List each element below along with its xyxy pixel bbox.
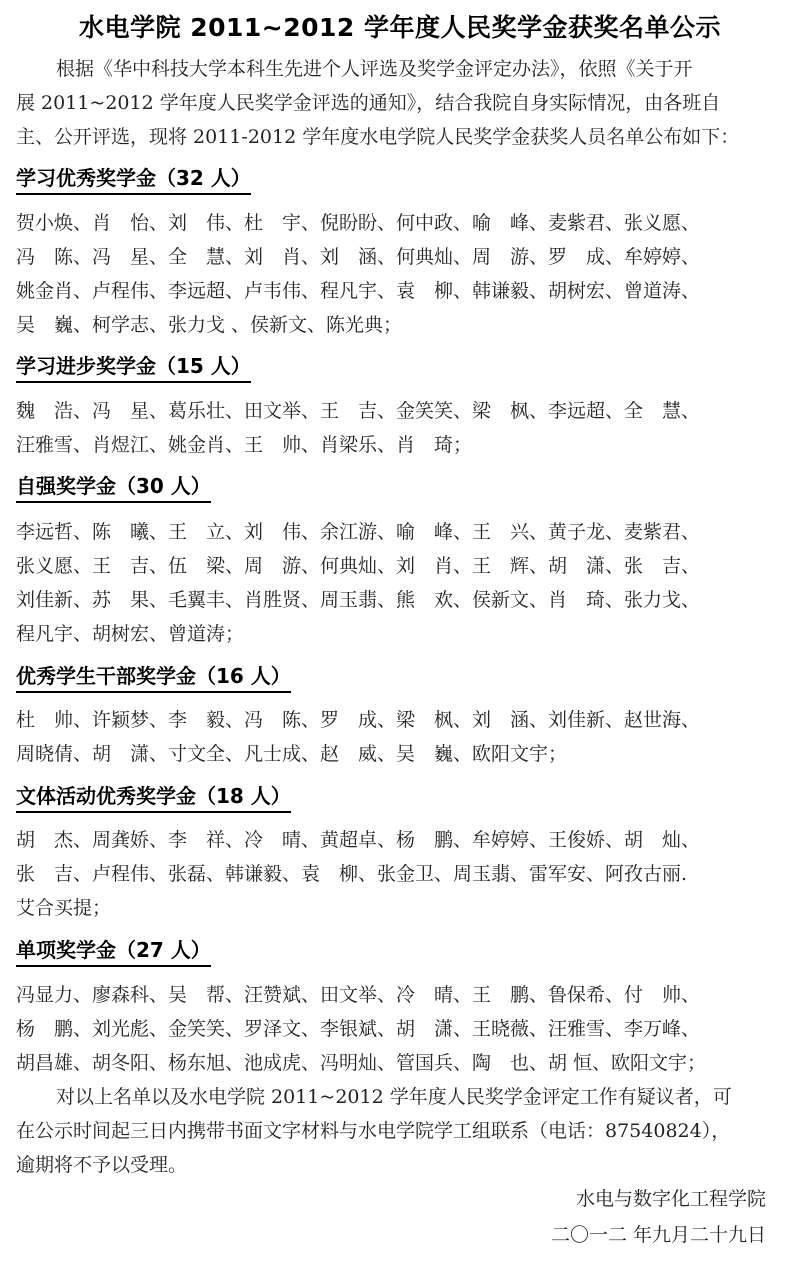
closing-line: 逾期将不予以受理。	[16, 1148, 786, 1182]
names-row: 周晓倩、胡 潇、寸文全、凡士成、赵 威、吴 巍、欧阳文宇；	[16, 737, 768, 771]
signature-date: 二〇一二 年九月二十九日	[551, 1218, 766, 1252]
section-heading-special-award: 单项奖学金（27 人）	[16, 936, 211, 967]
names-list-academic-excellence: 贺小焕、肖 怡、刘 伟、杜 宇、倪盼盼、何中政、喻 峰、麦紫君、张义愿、 冯 陈…	[16, 206, 768, 342]
names-list-self-improvement: 李远哲、陈 曦、王 立、刘 伟、余江游、喻 峰、王 兴、黄子龙、麦紫君、 张义愿…	[16, 515, 768, 651]
names-row: 冯 陈、冯 星、全 慧、刘 肖、刘 涵、何典灿、周 游、罗 成、牟婷婷、	[16, 240, 768, 274]
names-list-student-leader: 杜 帅、许颖梦、李 毅、冯 陈、罗 成、梁 枫、刘 涵、刘佳新、赵世海、 周晓倩…	[16, 703, 768, 771]
scholarship-notice-page: 水电学院 2011~2012 学年度人民奖学金获奖名单公示 根据《华中科技大学本…	[0, 0, 800, 1275]
names-row: 张 吉、卢程伟、张磊、韩谦毅、袁 柳、张金卫、周玉翡、雷军安、阿孜古丽.	[16, 857, 768, 891]
section-heading-student-leader: 优秀学生干部奖学金（16 人）	[16, 662, 291, 693]
closing-line: 对以上名单以及水电学院 2011~2012 学年度人民奖学金评定工作有疑议者，可	[16, 1080, 786, 1114]
names-list-arts-sports: 胡 杰、周龚娇、李 祥、冷 晴、黄超卓、杨 鹏、牟婷婷、王俊娇、胡 灿、 张 吉…	[16, 823, 768, 925]
intro-paragraph: 根据《华中科技大学本科生先进个人评选及奖学金评定办法》，依照《关于开 展 201…	[16, 52, 786, 154]
signature-organization: 水电与数字化工程学院	[576, 1182, 766, 1216]
names-row: 贺小焕、肖 怡、刘 伟、杜 宇、倪盼盼、何中政、喻 峰、麦紫君、张义愿、	[16, 206, 768, 240]
section-heading-arts-sports: 文体活动优秀奖学金（18 人）	[16, 782, 291, 813]
names-list-academic-progress: 魏 浩、冯 星、葛乐壮、田文举、王 吉、金笑笑、梁 枫、李远超、全 慧、 汪雅雪…	[16, 394, 768, 462]
names-row: 艾合买提；	[16, 891, 768, 925]
names-row: 杜 帅、许颖梦、李 毅、冯 陈、罗 成、梁 枫、刘 涵、刘佳新、赵世海、	[16, 703, 768, 737]
names-row: 程凡宇、胡树宏、曾道涛；	[16, 617, 768, 651]
names-row: 胡昌雄、胡冬阳、杨东旭、池成虎、冯明灿、管国兵、陶 也、胡 恒、欧阳文宇；	[16, 1046, 768, 1080]
section-heading-self-improvement: 自强奖学金（30 人）	[16, 472, 211, 503]
intro-line: 展 2011~2012 学年度人民奖学金评选的通知》，结合我院自身实际情况，由各…	[16, 86, 786, 120]
names-row: 吴 巍、柯学志、张力戈 、侯新文、陈光典；	[16, 308, 768, 342]
section-heading-academic-excellence: 学习优秀奖学金（32 人）	[16, 164, 251, 195]
names-row: 张义愿、王 吉、伍 梁、周 游、何典灿、刘 肖、王 辉、胡 潇、张 吉、	[16, 549, 768, 583]
page-title: 水电学院 2011~2012 学年度人民奖学金获奖名单公示	[0, 8, 800, 44]
names-row: 姚金肖、卢程伟、李远超、卢韦伟、程凡宇、袁 柳、韩谦毅、胡树宏、曾道涛、	[16, 274, 768, 308]
names-row: 魏 浩、冯 星、葛乐壮、田文举、王 吉、金笑笑、梁 枫、李远超、全 慧、	[16, 394, 768, 428]
section-heading-academic-progress: 学习进步奖学金（15 人）	[16, 352, 251, 383]
intro-line: 根据《华中科技大学本科生先进个人评选及奖学金评定办法》，依照《关于开	[16, 52, 786, 86]
names-list-special-award: 冯显力、廖森科、吴 帮、汪赞斌、田文举、冷 晴、王 鹏、鲁保希、付 帅、 杨 鹏…	[16, 978, 768, 1080]
names-row: 汪雅雪、肖煜江、姚金肖、王 帅、肖梁乐、肖 琦；	[16, 428, 768, 462]
names-row: 杨 鹏、刘光彪、金笑笑、罗泽文、李银斌、胡 潇、王晓薇、汪雅雪、李万峰、	[16, 1012, 768, 1046]
intro-line: 主、公开评选，现将 2011-2012 学年度水电学院人民奖学金获奖人员名单公布…	[16, 120, 786, 154]
names-row: 刘佳新、苏 果、毛翼丰、肖胜贤、周玉翡、熊 欢、侯新文、肖 琦、张力戈、	[16, 583, 768, 617]
closing-line: 在公示时间起三日内携带书面文字材料与水电学院学工组联系（电话：87540824）…	[16, 1114, 786, 1148]
closing-paragraph: 对以上名单以及水电学院 2011~2012 学年度人民奖学金评定工作有疑议者，可…	[16, 1080, 786, 1182]
names-row: 冯显力、廖森科、吴 帮、汪赞斌、田文举、冷 晴、王 鹏、鲁保希、付 帅、	[16, 978, 768, 1012]
names-row: 李远哲、陈 曦、王 立、刘 伟、余江游、喻 峰、王 兴、黄子龙、麦紫君、	[16, 515, 768, 549]
names-row: 胡 杰、周龚娇、李 祥、冷 晴、黄超卓、杨 鹏、牟婷婷、王俊娇、胡 灿、	[16, 823, 768, 857]
